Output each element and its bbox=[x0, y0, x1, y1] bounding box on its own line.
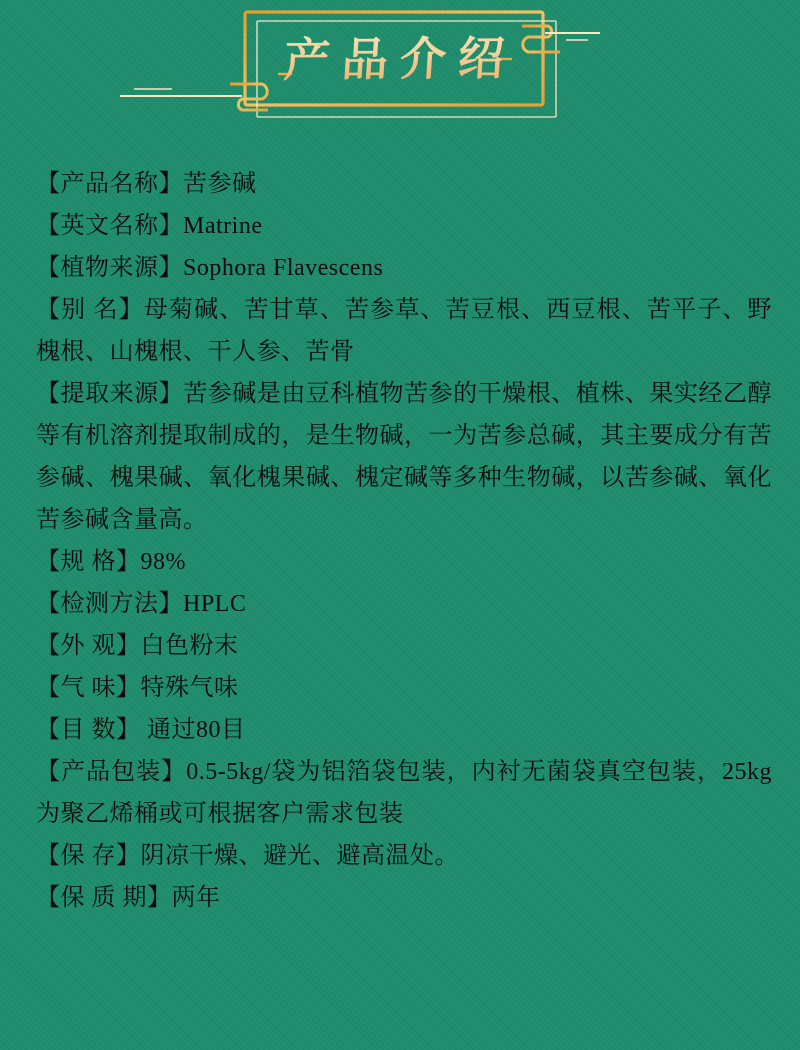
spec-line-packaging: 【产品包装】0.5-5kg/袋为铝箔袋包装，内衬无菌袋真空包装，25kg 为聚乙… bbox=[36, 751, 772, 835]
spec-line-aliases: 【别 名】母菊碱、苦甘草、苦参草、苦豆根、西豆根、苦平子、野槐根、山槐根、干人参… bbox=[36, 289, 772, 373]
page: { "page": { "background_color": "#1f8d6d… bbox=[0, 0, 800, 1050]
spec-line-english-name: 【英文名称】Matrine bbox=[36, 205, 772, 247]
spec-line-product-name: 【产品名称】苦参碱 bbox=[36, 163, 772, 205]
header: 产品介绍 bbox=[0, 0, 800, 140]
spec-line-mesh-size: 【目 数】 通过80目 bbox=[36, 709, 772, 751]
spec-line-shelf-life: 【保 质 期】两年 bbox=[36, 877, 772, 919]
spec-line-odor: 【气 味】特殊气味 bbox=[36, 667, 772, 709]
product-specs: 【产品名称】苦参碱 【英文名称】Matrine 【植物来源】Sophora Fl… bbox=[36, 163, 772, 919]
spec-line-plant-source: 【植物来源】Sophora Flavescens bbox=[36, 247, 772, 289]
spec-line-test-method: 【检测方法】HPLC bbox=[36, 583, 772, 625]
page-title: 产品介绍 bbox=[243, 27, 545, 94]
spec-line-appearance: 【外 观】白色粉末 bbox=[36, 625, 772, 667]
spec-line-storage: 【保 存】阴凉干燥、避光、避高温处。 bbox=[36, 835, 772, 877]
spec-line-extract-source: 【提取来源】苦参碱是由豆科植物苦参的干燥根、植株、果实经乙醇等有机溶剂提取制成的… bbox=[36, 373, 772, 541]
spec-line-specification: 【规 格】98% bbox=[36, 541, 772, 583]
